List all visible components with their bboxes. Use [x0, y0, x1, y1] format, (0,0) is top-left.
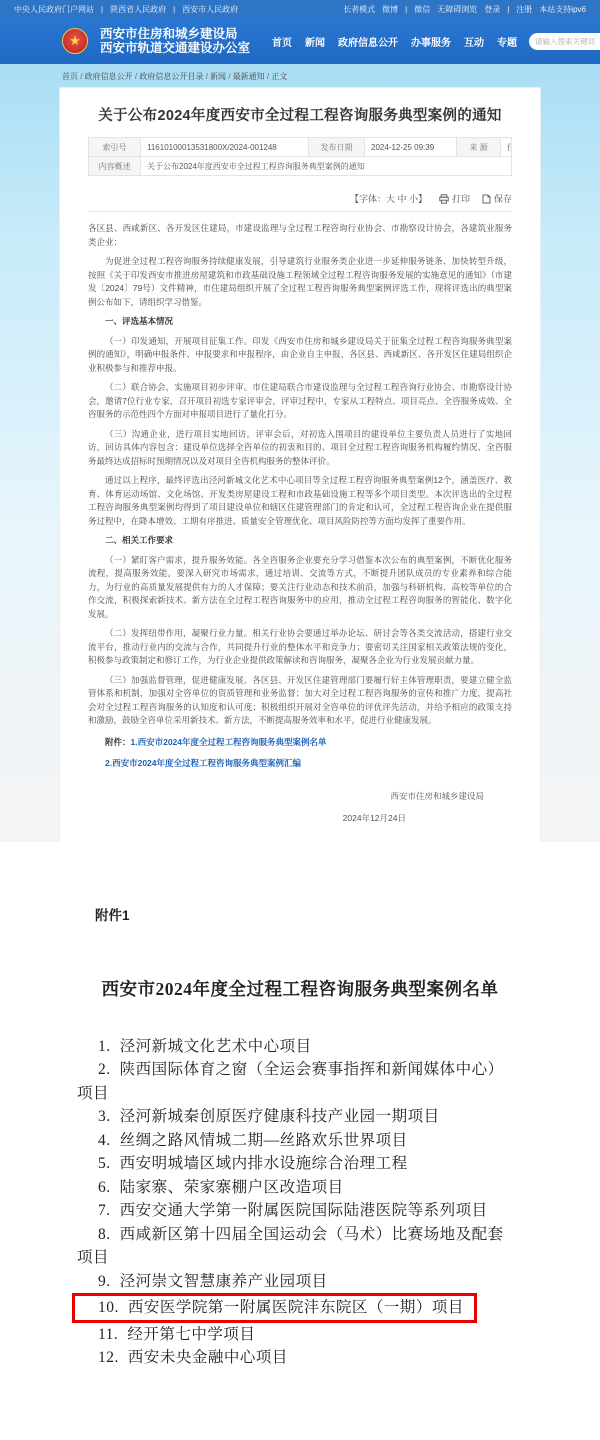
- article-paragraph: 二、相关工作要求: [88, 534, 512, 548]
- top-link[interactable]: |: [405, 5, 407, 14]
- print-button[interactable]: 打印: [439, 192, 470, 205]
- top-link[interactable]: 注册: [516, 4, 532, 15]
- project-number: 1.: [98, 1038, 111, 1055]
- project-number: 10.: [98, 1299, 119, 1316]
- nav-item[interactable]: 新闻: [305, 34, 325, 49]
- meta-source-value: 住房和城乡建设局: [501, 138, 512, 157]
- meta-summary-value: 关于公布2024年度西安市全过程工程咨询服务典型案例的通知: [141, 157, 512, 176]
- project-name: 西咸新区第十四届全国运动会（马术）比赛场地及配套项目: [77, 1226, 504, 1267]
- nav-item[interactable]: 首页: [272, 34, 292, 49]
- article-paragraph: （三）加强监督管理，促进健康发展。各区县、开发区住建管理部门要履行好主体管理职责…: [88, 674, 512, 728]
- user-utility-links: 长者模式微博|微信无障碍浏览登录|注册本站支持ipv6: [343, 4, 586, 15]
- breadcrumb-item[interactable]: 首页: [62, 72, 85, 81]
- search-box: [529, 33, 600, 50]
- breadcrumb-item[interactable]: 政府信息公开目录: [139, 72, 210, 81]
- project-list-item: 3.泾河新城秦创原医疗健康科技产业园一期项目: [77, 1105, 512, 1129]
- attachment-number: 附件1: [95, 904, 600, 924]
- article-paragraph: （三）沟通企业，进行项目实地回访。评审会后，对初选入围项目的建设单位主要负责人员…: [88, 428, 512, 469]
- article-meta-table: 索引号 11610100013531800X/2024-001248 发布日期 …: [88, 137, 512, 176]
- top-link[interactable]: 登录: [484, 4, 500, 15]
- project-list: 1.泾河新城文化艺术中心项目 2.陕西国际体育之窗（全运会赛事指挥和新闻媒体中心…: [77, 1035, 512, 1370]
- meta-date-value: 2024-12-25 09:39: [365, 138, 457, 157]
- site-title: 西安市住房和城乡建设局 西安市轨道交通建设办公室: [100, 27, 250, 56]
- top-link[interactable]: 西安市人民政府: [182, 4, 238, 15]
- signature-date: 2024年12月24日: [88, 812, 512, 824]
- project-list-item: 7.西安交通大学第一附属医院国际陆港医院等系列项目: [77, 1199, 512, 1223]
- top-link[interactable]: |: [101, 5, 103, 14]
- project-list-item: 10.西安医学院第一附属医院沣东院区（一期）项目: [72, 1293, 477, 1323]
- project-list-item: 6.陆家寨、荣家寨棚户区改造项目: [77, 1176, 512, 1200]
- divider: [88, 211, 512, 212]
- project-list-item: 12.西安未央金融中心项目: [77, 1346, 512, 1370]
- attachment-link[interactable]: 2.西安市2024年度全过程工程咨询服务典型案例汇编: [105, 758, 301, 768]
- national-emblem-icon: ★: [62, 28, 88, 54]
- project-number: 9.: [98, 1273, 111, 1290]
- article-paragraph: 为促进全过程工程咨询服务持续健康发展，引导建筑行业服务类企业进一步延伸服务链条、…: [88, 255, 512, 309]
- save-button[interactable]: 保存: [482, 192, 512, 205]
- project-name: 泾河新城秦创原医疗健康科技产业园一期项目: [120, 1108, 440, 1125]
- article-paragraph: 一、评选基本情况: [88, 315, 512, 329]
- attachment-document: 附件1 西安市2024年度全过程工程咨询服务典型案例名单 1.泾河新城文化艺术中…: [0, 842, 600, 1440]
- project-list-item: 4.丝绸之路风情城二期—丝路欢乐世界项目: [77, 1129, 512, 1153]
- article-paragraph: 通过以上程序，最终评选出泾河新城文化艺术中心项目等全过程工程咨询服务典型案例12…: [88, 474, 512, 528]
- project-number: 12.: [98, 1349, 119, 1366]
- project-number: 3.: [98, 1108, 111, 1125]
- project-number: 4.: [98, 1132, 111, 1149]
- save-icon: [482, 194, 491, 204]
- project-number: 11.: [98, 1326, 118, 1343]
- project-name: 陆家寨、荣家寨棚户区改造项目: [120, 1179, 344, 1196]
- breadcrumb-item[interactable]: 正文: [271, 72, 287, 81]
- top-link[interactable]: 长者模式: [343, 4, 375, 15]
- top-link[interactable]: 本站支持ipv6: [539, 4, 586, 15]
- breadcrumb-item[interactable]: 政府信息公开: [85, 72, 140, 81]
- article-paragraph: （一）印发通知，开展项目征集工作。印发《西安市住房和城乡建设局关于征集全过程工程…: [88, 335, 512, 376]
- article-paragraph: （二）发挥纽带作用，凝聚行业力量。相关行业协会要通过举办论坛、研讨会等各类交流活…: [88, 627, 512, 668]
- article-paragraph: （二）联合协会，实施项目初步评审。市住建局联合市建设监理与全过程工程咨询行业协会…: [88, 381, 512, 422]
- gov-portal-links: 中央人民政府门户网站|陕西省人民政府|西安市人民政府: [14, 4, 238, 15]
- project-name: 陕西国际体育之窗（全运会赛事指挥和新闻媒体中心）项目: [77, 1061, 504, 1102]
- article-body: 各区县、西咸新区、各开发区住建局，市建设监理与全过程工程咨询行业协会、市勘察设计…: [88, 222, 512, 728]
- main-nav: 首页新闻政府信息公开办事服务互动专题: [272, 34, 517, 49]
- project-list-item: 11.经开第七中学项目: [77, 1323, 512, 1347]
- project-list-item: 9.泾河崇文智慧康养产业园项目: [77, 1270, 512, 1294]
- meta-index-label: 索引号: [89, 138, 141, 157]
- page-title: 关于公布2024年度西安市全过程工程咨询服务典型案例的通知: [88, 104, 512, 125]
- article-card: 关于公布2024年度西安市全过程工程咨询服务典型案例的通知 索引号 116101…: [60, 88, 540, 842]
- project-number: 5.: [98, 1155, 111, 1172]
- project-list-item: 5.西安明城墙区域内排水设施综合治理工程: [77, 1152, 512, 1176]
- top-link[interactable]: |: [173, 5, 175, 14]
- meta-date-label: 发布日期: [309, 138, 365, 157]
- top-link[interactable]: 无障碍浏览: [437, 4, 477, 15]
- attachment-links: 附件：1.西安市2024年度全过程工程咨询服务典型案例名单 2.西安市2024年…: [88, 735, 512, 770]
- project-name: 经开第七中学项目: [127, 1326, 255, 1343]
- nav-item[interactable]: 政府信息公开: [338, 34, 398, 49]
- project-name: 西安未央金融中心项目: [128, 1349, 288, 1366]
- printer-icon: [439, 194, 449, 204]
- font-size-controls[interactable]: 【字体：大 中 小】: [350, 192, 427, 205]
- top-link[interactable]: 中央人民政府门户网站: [14, 4, 94, 15]
- breadcrumb-item[interactable]: 新闻: [210, 72, 233, 81]
- nav-item[interactable]: 专题: [497, 34, 517, 49]
- top-link[interactable]: 微信: [414, 4, 430, 15]
- article-toolbar: 【字体：大 中 小】 打印 保存: [88, 192, 512, 205]
- attachment-row: 附件：1.西安市2024年度全过程工程咨询服务典型案例名单: [88, 735, 512, 749]
- project-list-item: 8.西咸新区第十四届全国运动会（马术）比赛场地及配套项目: [77, 1223, 512, 1270]
- project-list-item: 1.泾河新城文化艺术中心项目: [77, 1035, 512, 1059]
- project-number: 2.: [98, 1061, 111, 1078]
- breadcrumb: 首页政府信息公开政府信息公开目录新闻最新通知正文: [60, 64, 540, 88]
- attachment-row: 2.西安市2024年度全过程工程咨询服务典型案例汇编: [88, 756, 512, 770]
- project-name: 泾河崇文智慧康养产业园项目: [120, 1273, 328, 1290]
- project-name: 西安交通大学第一附属医院国际陆港医院等系列项目: [120, 1202, 488, 1219]
- meta-summary-label: 内容概述: [89, 157, 141, 176]
- breadcrumb-item[interactable]: 最新通知: [233, 72, 272, 81]
- top-link[interactable]: 陕西省人民政府: [110, 4, 166, 15]
- project-number: 6.: [98, 1179, 111, 1196]
- top-link[interactable]: |: [507, 5, 509, 14]
- project-name: 泾河新城文化艺术中心项目: [120, 1038, 312, 1055]
- project-number: 7.: [98, 1202, 111, 1219]
- search-input[interactable]: [535, 37, 600, 46]
- article-paragraph: 各区县、西咸新区、各开发区住建局，市建设监理与全过程工程咨询行业协会、市勘察设计…: [88, 222, 512, 249]
- article-paragraph: （一）紧盯客户需求，提升服务效能。各全咨服务企业要充分学习借鉴本次公布的典型案例…: [88, 554, 512, 622]
- top-utility-bar: 中央人民政府门户网站|陕西省人民政府|西安市人民政府 长者模式微博|微信无障碍浏…: [0, 0, 600, 18]
- attachment-title: 西安市2024年度全过程工程咨询服务典型案例名单: [0, 976, 600, 1001]
- meta-index-value: 11610100013531800X/2024-001248: [141, 138, 309, 157]
- project-name: 西安明城墙区域内排水设施综合治理工程: [120, 1155, 408, 1172]
- nav-item[interactable]: 互动: [464, 34, 484, 49]
- meta-source-label: 来 源: [457, 138, 501, 157]
- top-link[interactable]: 微博: [382, 4, 398, 15]
- project-name: 西安医学院第一附属医院沣东院区（一期）项目: [128, 1299, 464, 1316]
- signature: 西安市住房和城乡建设局: [88, 790, 512, 802]
- content-banner: 首页政府信息公开政府信息公开目录新闻最新通知正文 关于公布2024年度西安市全过…: [0, 64, 600, 842]
- project-list-item: 2.陕西国际体育之窗（全运会赛事指挥和新闻媒体中心）项目: [77, 1058, 512, 1105]
- site-header: ★ 西安市住房和城乡建设局 西安市轨道交通建设办公室 首页新闻政府信息公开办事服…: [0, 18, 600, 64]
- attachment-link[interactable]: 1.西安市2024年度全过程工程咨询服务典型案例名单: [131, 737, 327, 747]
- project-name: 丝绸之路风情城二期—丝路欢乐世界项目: [120, 1132, 408, 1149]
- nav-item[interactable]: 办事服务: [411, 34, 451, 49]
- attachment-label: 附件：: [105, 737, 131, 747]
- project-number: 8.: [98, 1226, 111, 1243]
